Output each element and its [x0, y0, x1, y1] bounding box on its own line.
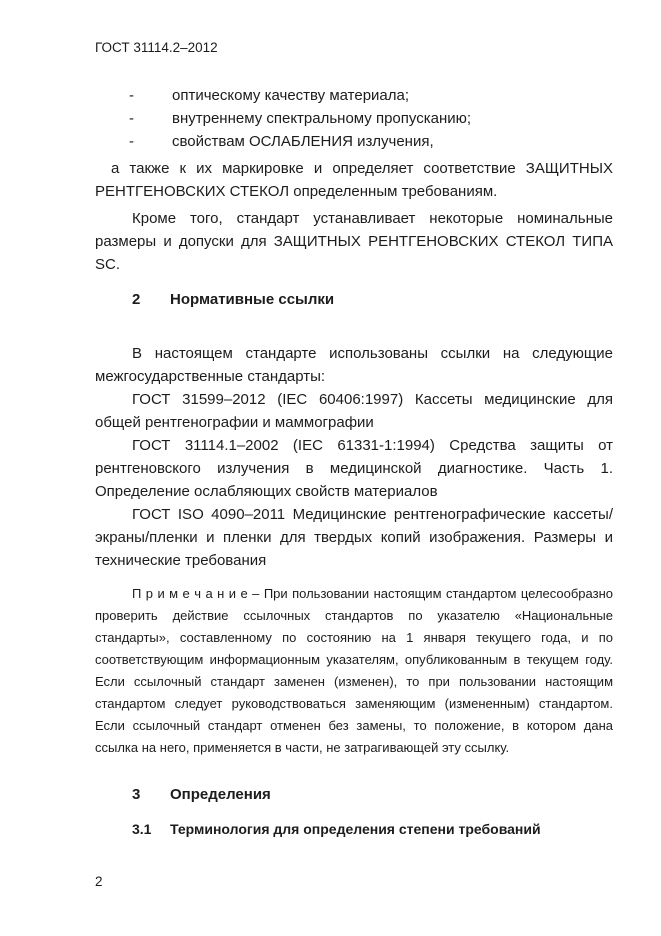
list-item: - свойствам ОСЛАБЛЕНИЯ излучения,: [95, 130, 613, 153]
bullet-dash: -: [129, 107, 134, 130]
note-text: – При пользовании настоящим стандартом ц…: [95, 586, 613, 755]
reference-entry: ГОСТ 31114.1–2002 (IEC 61331-1:1994) Сре…: [95, 434, 613, 503]
list-item: - оптическому качеству материала;: [95, 84, 613, 107]
subsection-title: Терминология для определения степени тре…: [170, 821, 541, 837]
section-number: 2: [132, 290, 140, 310]
reference-entry: ГОСТ 31599–2012 (IEC 60406:1997) Кассеты…: [95, 388, 613, 434]
note-paragraph: П р и м е ч а н и е – При пользовании на…: [95, 583, 613, 759]
section-number: 3: [132, 785, 140, 805]
note-label: П р и м е ч а н и е: [132, 586, 248, 601]
list-item-text: внутреннему спектральному пропусканию;: [172, 110, 471, 127]
list-item-text: оптическому качеству материала;: [172, 87, 409, 104]
reference-entry: ГОСТ ISO 4090–2011 Медицинские рентгеног…: [95, 503, 613, 572]
running-header: ГОСТ 31114.2–2012: [95, 40, 218, 55]
bullet-dash: -: [129, 130, 134, 153]
section-heading-normative-references: 2 Нормативные ссылки: [95, 290, 613, 310]
subsection-heading-terminology: 3.1 Терминология для определения степени…: [95, 820, 613, 839]
paragraph-references-intro: В настоящем стандарте использованы ссылк…: [95, 342, 613, 388]
document-page: ГОСТ 31114.2–2012 - оптическому качеству…: [0, 0, 661, 936]
list-item-text: свойствам ОСЛАБЛЕНИЯ излучения,: [172, 133, 434, 150]
list-item: - внутреннему спектральному пропусканию;: [95, 107, 613, 130]
paragraph-scope-continuation: а также к их маркировке и определяет соо…: [95, 157, 613, 203]
section-title: Определения: [170, 786, 271, 803]
document-body: - оптическому качеству материала; - внут…: [95, 84, 613, 839]
subsection-number: 3.1: [132, 820, 151, 839]
section-heading-definitions: 3 Определения: [95, 785, 613, 805]
section-title: Нормативные ссылки: [170, 291, 334, 308]
bullet-dash: -: [129, 84, 134, 107]
paragraph-scope-additional: Кроме того, стандарт устанавливает некот…: [95, 207, 613, 276]
page-number: 2: [95, 874, 103, 889]
